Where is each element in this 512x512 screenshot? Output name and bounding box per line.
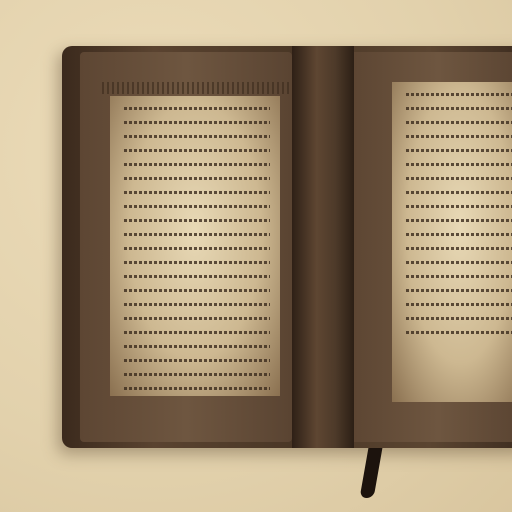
script-line — [406, 247, 512, 250]
script-line — [124, 233, 270, 236]
script-line — [124, 289, 270, 292]
script-line — [406, 261, 512, 264]
script-line — [406, 191, 512, 194]
script-line — [406, 205, 512, 208]
script-line — [124, 247, 270, 250]
script-line — [124, 317, 270, 320]
script-line — [124, 205, 270, 208]
script-line — [406, 135, 512, 138]
script-line — [124, 135, 270, 138]
script-line — [124, 373, 270, 376]
script-line — [406, 149, 512, 152]
script-line — [406, 177, 512, 180]
script-line — [406, 303, 512, 306]
script-line — [124, 149, 270, 152]
script-line — [406, 317, 512, 320]
script-line — [406, 219, 512, 222]
script-line — [124, 219, 270, 222]
script-line — [124, 107, 270, 110]
script-line — [124, 359, 270, 362]
script-line — [124, 261, 270, 264]
script-line — [124, 163, 270, 166]
script-line — [406, 331, 512, 334]
script-line — [124, 275, 270, 278]
right-page — [354, 52, 512, 442]
script-line — [406, 289, 512, 292]
script-line — [124, 121, 270, 124]
left-page-parchment — [110, 96, 280, 396]
script-line — [406, 121, 512, 124]
script-line — [406, 107, 512, 110]
script-line — [406, 163, 512, 166]
script-line — [124, 345, 270, 348]
script-line — [124, 331, 270, 334]
script-line — [406, 275, 512, 278]
script-line — [124, 177, 270, 180]
left-page — [80, 52, 292, 442]
script-line — [406, 233, 512, 236]
script-line — [124, 303, 270, 306]
script-line — [124, 191, 270, 194]
left-page-header-ornament — [102, 82, 292, 94]
script-line — [124, 387, 270, 390]
script-line — [406, 93, 512, 96]
open-book — [62, 46, 512, 448]
book-spine — [292, 46, 354, 448]
right-page-parchment — [392, 82, 512, 402]
